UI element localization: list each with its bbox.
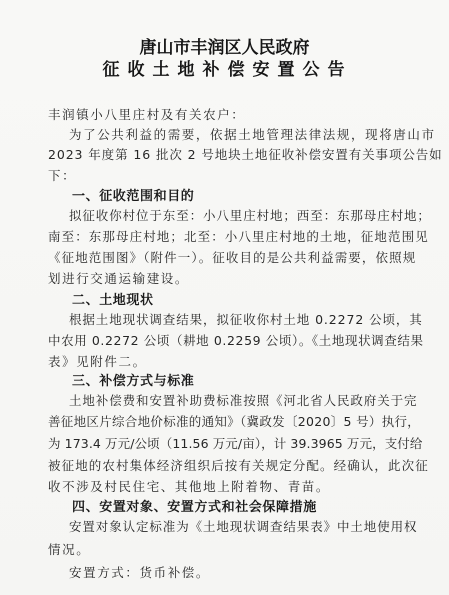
section-line: 表》见附件二。 <box>48 352 382 370</box>
title-notice: 征收土地补偿安置公告 <box>0 55 449 80</box>
section-line: 拟征收你村位于东至：小八里庄村地；西至：东那母庄村地； <box>69 206 383 224</box>
section-heading-compensation: 三、补偿方式与标准 <box>72 370 194 389</box>
section-heading-scope: 一、征收范围和目的 <box>72 185 194 204</box>
section-line: 根据土地现状调查结果，拟征收你村土地 0.2272 公顷，其 <box>69 310 383 328</box>
intro-line: 为了公共利益的需要，依据土地管理法律法规，现将唐山市 <box>69 125 383 143</box>
section-line: 中农用 0.2272 公顷（耕地 0.2259 公顷）。《土地现状调查结果 <box>48 331 382 349</box>
section-line: 收不涉及村民住宅、其他地上附着物、青苗。 <box>48 477 382 495</box>
document-page: 唐山市丰润区人民政府 征收土地补偿安置公告 丰润镇小八里庄村及有关农户： 为了公… <box>0 0 449 595</box>
section-line: 《征地范围图》（附件一）。征收目的是公共利益需要，依照规 <box>48 248 382 266</box>
section-line: 土地补偿费和安置补助费标准按照《河北省人民政府关于完 <box>69 391 383 409</box>
section-heading-land-status: 二、土地现状 <box>72 289 154 308</box>
section-heading-resettlement: 四、安置对象、安置方式和社会保障措施 <box>72 496 317 515</box>
section-line: 南至：东那母庄村地；北至：小八里庄村地的土地，征地范围见 <box>48 227 382 245</box>
intro-line: 2023 年度第 16 批次 2 号地块土地征收补偿安置有关事项公告如 <box>48 145 382 163</box>
section-line: 情况。 <box>48 540 382 558</box>
section-line: 为 173.4 万元/公顷（11.56 万元/亩），计 39.3965 万元，支… <box>48 434 382 452</box>
section-line: 安置方式：货币补偿。 <box>69 563 383 581</box>
section-line: 被征地的农村集体经济组织后按有关规定分配。经确认，此次征 <box>48 456 382 474</box>
intro-line: 下： <box>48 166 382 184</box>
section-line: 安置对象认定标准为《土地现状调查结果表》中土地使用权 <box>69 517 383 535</box>
section-line: 划进行交通运输建设。 <box>48 269 382 287</box>
section-line: 善征地区片综合地价标准的通知》（冀政发〔2020〕5 号）执行， <box>48 412 382 430</box>
salutation: 丰润镇小八里庄村及有关农户： <box>48 105 382 123</box>
